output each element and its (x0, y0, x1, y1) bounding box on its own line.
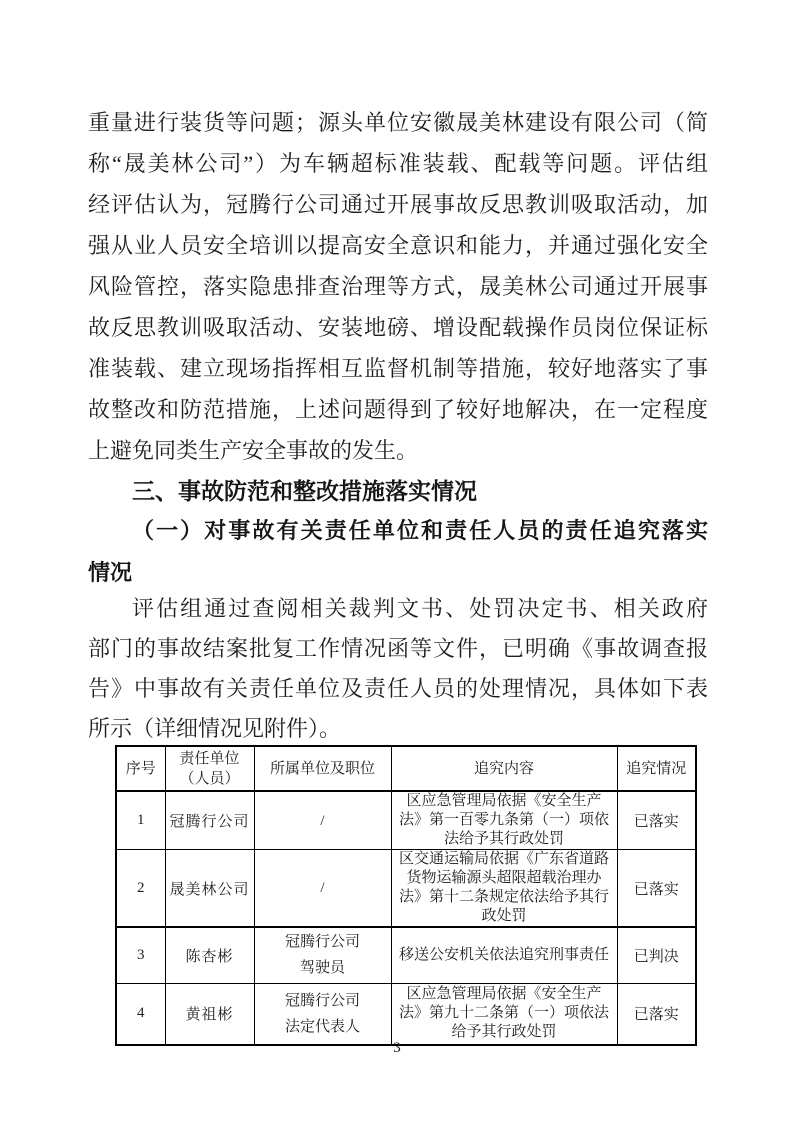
cell-affiliation: 冠腾行公司 驾驶员 (254, 927, 391, 983)
cell-no: 3 (116, 927, 165, 983)
document-page: 重量进行装货等问题；源头单位安徽晟美林建设有限公司（简 称“晟美林公司”）为车辆… (0, 0, 794, 1123)
cell-no: 1 (116, 791, 165, 850)
table-row: 1 冠腾行公司 / 区应急管理局依据《安全生产法》第一百零九条第（一）项依法给予… (116, 791, 696, 850)
cell-unit: 冠腾行公司 (165, 791, 254, 850)
header-content: 追究内容 (391, 746, 617, 791)
table-row: 3 陈杏彬 冠腾行公司 驾驶员 移送公安机关依法追究刑事责任 已判决 (116, 927, 696, 983)
cell-affiliation: / (254, 850, 391, 928)
paragraph-intro-table: 评估组通过查阅相关裁判文书、处罚决定书、相关政府 部门的事故结案批复工作情况函等… (88, 589, 708, 709)
paragraph-continuation-last-line: 上避免同类生产安全事故的发生。 (88, 430, 708, 471)
responsibility-table: 序号 责任单位 （人员） 所属单位及职位 追究内容 追究情况 1 冠腾行公司 /… (115, 745, 697, 1046)
cell-status: 已落实 (617, 983, 696, 1045)
paragraph-intro-table-last-line: 所示（详细情况见附件）。 (88, 709, 708, 749)
header-no: 序号 (116, 746, 165, 791)
header-unit: 责任单位 （人员） (165, 746, 254, 791)
subsection-heading-line1: （一）对事故有关责任单位和责任人员的责任追究落实 (88, 510, 708, 552)
cell-status: 已落实 (617, 791, 696, 850)
cell-content: 区应急管理局依据《安全生产法》第一百零九条第（一）项依法给予其行政处罚 (391, 791, 617, 850)
cell-affiliation: 冠腾行公司 法定代表人 (254, 983, 391, 1045)
table-row: 4 黄祖彬 冠腾行公司 法定代表人 区应急管理局依据《安全生产法》第九十二条第（… (116, 983, 696, 1045)
subsection-heading-line2: 情况 (88, 552, 708, 594)
cell-status: 已判决 (617, 927, 696, 983)
cell-content: 移送公安机关依法追究刑事责任 (391, 927, 617, 983)
section-heading: 三、事故防范和整改措施落实情况 (88, 470, 708, 512)
cell-unit: 陈杏彬 (165, 927, 254, 983)
header-status: 追究情况 (617, 746, 696, 791)
page-number: 3 (0, 1038, 794, 1058)
cell-unit: 晟美林公司 (165, 850, 254, 928)
cell-unit: 黄祖彬 (165, 983, 254, 1045)
table-row: 2 晟美林公司 / 区交通运输局依据《广东省道路货物运输源头超限超载治理办法》第… (116, 850, 696, 928)
cell-no: 4 (116, 983, 165, 1045)
header-affiliation: 所属单位及职位 (254, 746, 391, 791)
cell-status: 已落实 (617, 850, 696, 928)
cell-content: 区交通运输局依据《广东省道路货物运输源头超限超载治理办法》第十二条规定依法给予其… (391, 850, 617, 928)
table-header-row: 序号 责任单位 （人员） 所属单位及职位 追究内容 追究情况 (116, 746, 696, 791)
cell-no: 2 (116, 850, 165, 928)
paragraph-continuation: 重量进行装货等问题；源头单位安徽晟美林建设有限公司（简 称“晟美林公司”）为车辆… (88, 102, 708, 430)
cell-content: 区应急管理局依据《安全生产法》第九十二条第（一）项依法给予其行政处罚 (391, 983, 617, 1045)
cell-affiliation: / (254, 791, 391, 850)
